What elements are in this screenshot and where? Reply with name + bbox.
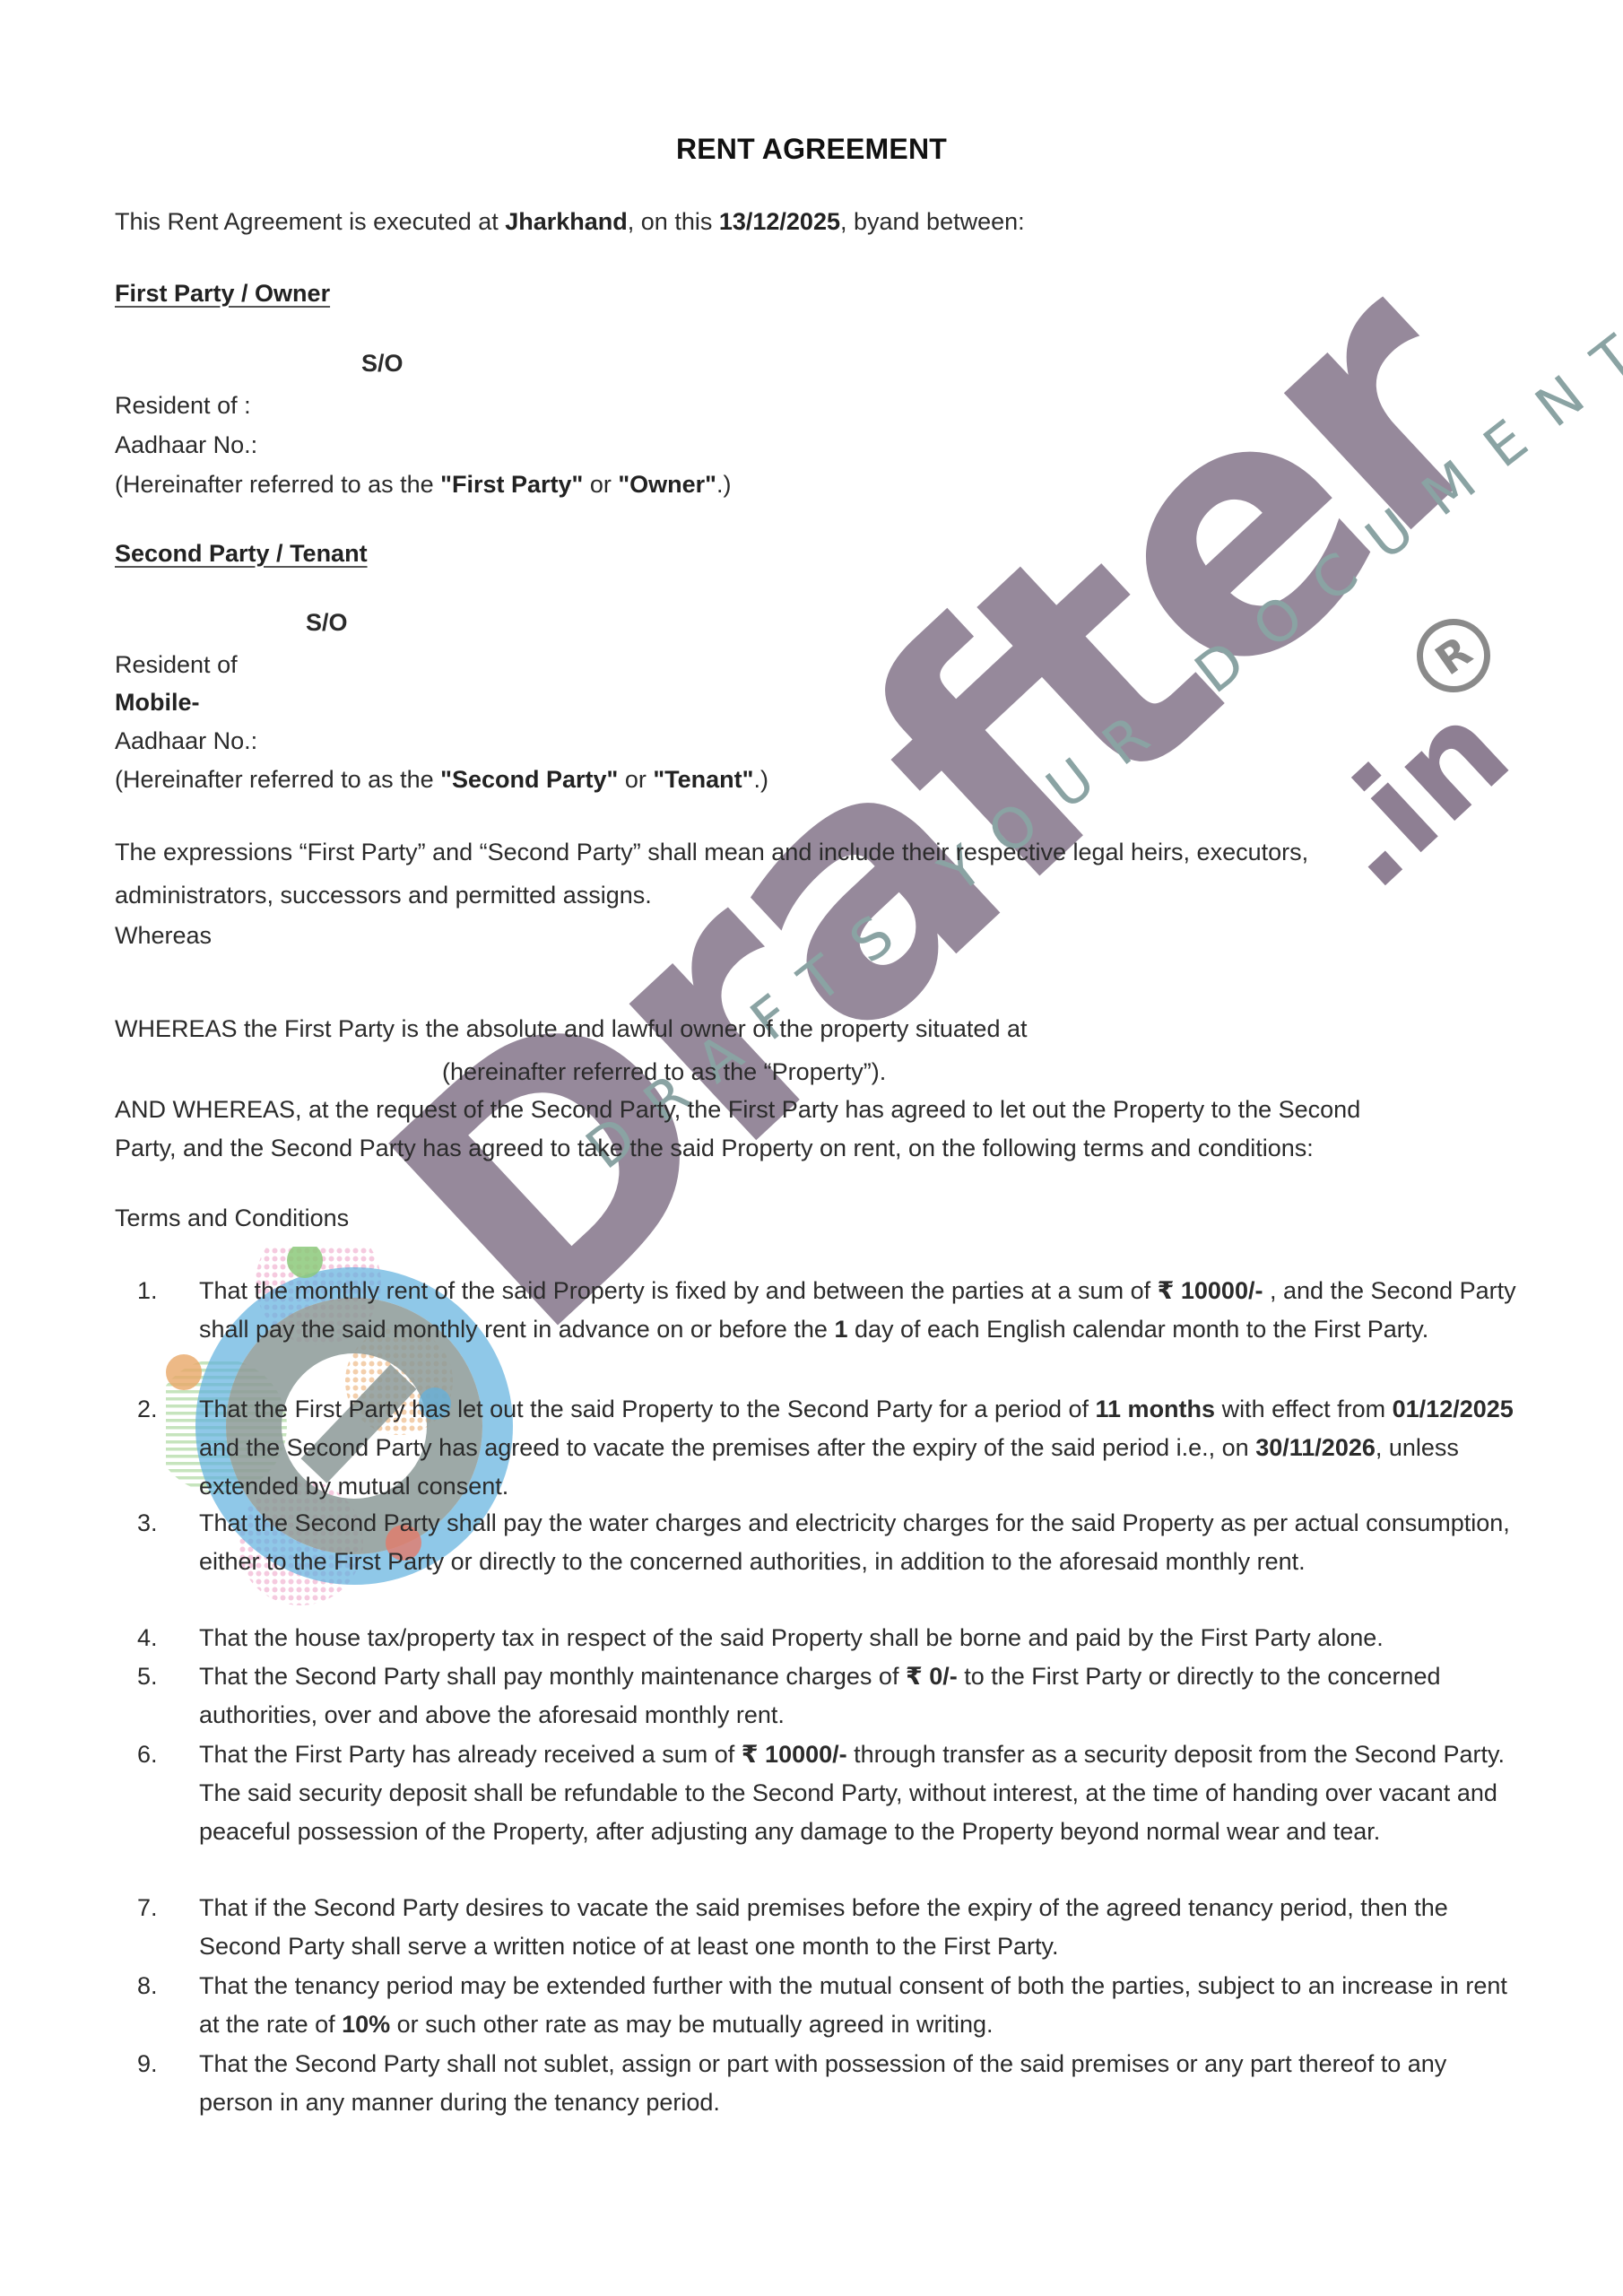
term-emphasis: ₹ 10000/- bbox=[742, 1741, 847, 1768]
term-fragment: That if the Second Party desires to vaca… bbox=[199, 1894, 1448, 1960]
term-fragment: That the First Party has already receive… bbox=[199, 1741, 742, 1768]
first-party-so-label: S/O bbox=[361, 345, 404, 381]
second-party-aadhaar-label: Aadhaar No.: bbox=[115, 723, 257, 759]
term-text: That the Second Party shall not sublet, … bbox=[199, 2045, 1526, 2122]
document-page: Drafter .in R DRAFTS YOUR DOCUMENT RENT … bbox=[0, 0, 1623, 2296]
intro-prefix: This Rent Agreement is executed at bbox=[115, 208, 505, 235]
term-emphasis: 10% bbox=[342, 2011, 390, 2038]
term-fragment: That the Second Party shall pay monthly … bbox=[199, 1663, 906, 1690]
term-text: That the Second Party shall pay monthly … bbox=[199, 1657, 1526, 1735]
term-emphasis: 01/12/2025 bbox=[1393, 1396, 1514, 1422]
hereinafter-prefix: (Hereinafter referred to as the bbox=[115, 766, 440, 793]
expressions-line-1: The expressions “First Party” and “Secon… bbox=[115, 834, 1308, 870]
and-whereas-line-2: Party, and the Second Party has agreed t… bbox=[115, 1130, 1314, 1166]
term-number: 5. bbox=[137, 1658, 158, 1694]
second-party-so-label: S/O bbox=[306, 604, 348, 640]
expressions-line-2: administrators, successors and permitted… bbox=[115, 877, 652, 913]
terms-heading: Terms and Conditions bbox=[115, 1200, 349, 1236]
term-fragment: and the Second Party has agreed to vacat… bbox=[199, 1434, 1255, 1461]
term-fragment: That the house tax/property tax in respe… bbox=[199, 1624, 1384, 1651]
term-text: That the First Party has already receive… bbox=[199, 1735, 1526, 1851]
intro-line: This Rent Agreement is executed at Jhark… bbox=[115, 204, 1025, 239]
term-text: That if the Second Party desires to vaca… bbox=[199, 1889, 1526, 1966]
term-number: 8. bbox=[137, 1968, 158, 2004]
term-number: 2. bbox=[137, 1391, 158, 1427]
term-text: That the tenancy period may be extended … bbox=[199, 1967, 1526, 2044]
and-whereas-line-1: AND WHEREAS, at the request of the Secon… bbox=[115, 1091, 1360, 1127]
term-text: That the First Party has let out the sai… bbox=[199, 1390, 1526, 1506]
term-number: 7. bbox=[137, 1890, 158, 1926]
term-number: 4. bbox=[137, 1620, 158, 1656]
term-number: 1. bbox=[137, 1273, 158, 1309]
intro-suffix: , byand between: bbox=[840, 208, 1025, 235]
term-text: That the Second Party shall pay the wate… bbox=[199, 1504, 1526, 1581]
intro-middle: , on this bbox=[628, 208, 719, 235]
term-fragment: That the Second Party shall not sublet, … bbox=[199, 2050, 1446, 2116]
term-tenant: "Tenant" bbox=[653, 766, 753, 793]
term-fragment: That the First Party has let out the sai… bbox=[199, 1396, 1096, 1422]
term-owner: "Owner" bbox=[618, 471, 716, 498]
hereinafter-prefix: (Hereinafter referred to as the bbox=[115, 471, 440, 498]
term-emphasis: ₹ 10000/- bbox=[1158, 1277, 1263, 1304]
first-party-heading: First Party / Owner bbox=[115, 275, 330, 311]
document-title: RENT AGREEMENT bbox=[0, 133, 1623, 166]
term-emphasis: 1 bbox=[834, 1316, 847, 1343]
term-first-party: "First Party" bbox=[440, 471, 583, 498]
first-party-hereinafter: (Hereinafter referred to as the "First P… bbox=[115, 466, 731, 502]
first-party-aadhaar-label: Aadhaar No.: bbox=[115, 427, 257, 463]
first-party-heading-text: First Party / Owner bbox=[115, 280, 330, 307]
term-fragment: day of each English calendar month to th… bbox=[847, 1316, 1428, 1343]
term-fragment: with effect from bbox=[1215, 1396, 1393, 1422]
second-party-resident-label: Resident of bbox=[115, 647, 238, 683]
second-party-hereinafter: (Hereinafter referred to as the "Second … bbox=[115, 761, 768, 797]
term-fragment: That the monthly rent of the said Proper… bbox=[199, 1277, 1158, 1304]
term-emphasis: ₹ 0/- bbox=[906, 1663, 958, 1690]
or-text: or bbox=[618, 766, 653, 793]
whereas-clause-continued: (hereinafter referred to as the “Propert… bbox=[442, 1054, 886, 1090]
term-number: 6. bbox=[137, 1736, 158, 1772]
term-fragment: That the Second Party shall pay the wate… bbox=[199, 1509, 1510, 1575]
watermark-tld: .in bbox=[1291, 673, 1539, 918]
second-party-mobile-label: Mobile- bbox=[115, 684, 200, 720]
term-text: That the monthly rent of the said Proper… bbox=[199, 1272, 1526, 1349]
term-text: That the house tax/property tax in respe… bbox=[199, 1619, 1526, 1657]
whereas-clause: WHEREAS the First Party is the absolute … bbox=[115, 1011, 1027, 1047]
term-emphasis: 11 months bbox=[1096, 1396, 1216, 1422]
term-second-party: "Second Party" bbox=[440, 766, 618, 793]
term-number: 9. bbox=[137, 2046, 158, 2082]
whereas-label: Whereas bbox=[115, 918, 212, 953]
or-text: or bbox=[583, 471, 618, 498]
hereinafter-suffix: .) bbox=[753, 766, 768, 793]
second-party-heading: Second Party / Tenant bbox=[115, 535, 368, 571]
hereinafter-suffix: .) bbox=[716, 471, 732, 498]
term-fragment: or such other rate as may be mutually ag… bbox=[390, 2011, 993, 2038]
second-party-heading-text: Second Party / Tenant bbox=[115, 540, 368, 567]
first-party-resident-label: Resident of : bbox=[115, 387, 251, 423]
term-number: 3. bbox=[137, 1505, 158, 1541]
execution-place: Jharkhand bbox=[505, 208, 628, 235]
term-emphasis: 30/11/2026 bbox=[1255, 1434, 1376, 1461]
execution-date: 13/12/2025 bbox=[719, 208, 840, 235]
